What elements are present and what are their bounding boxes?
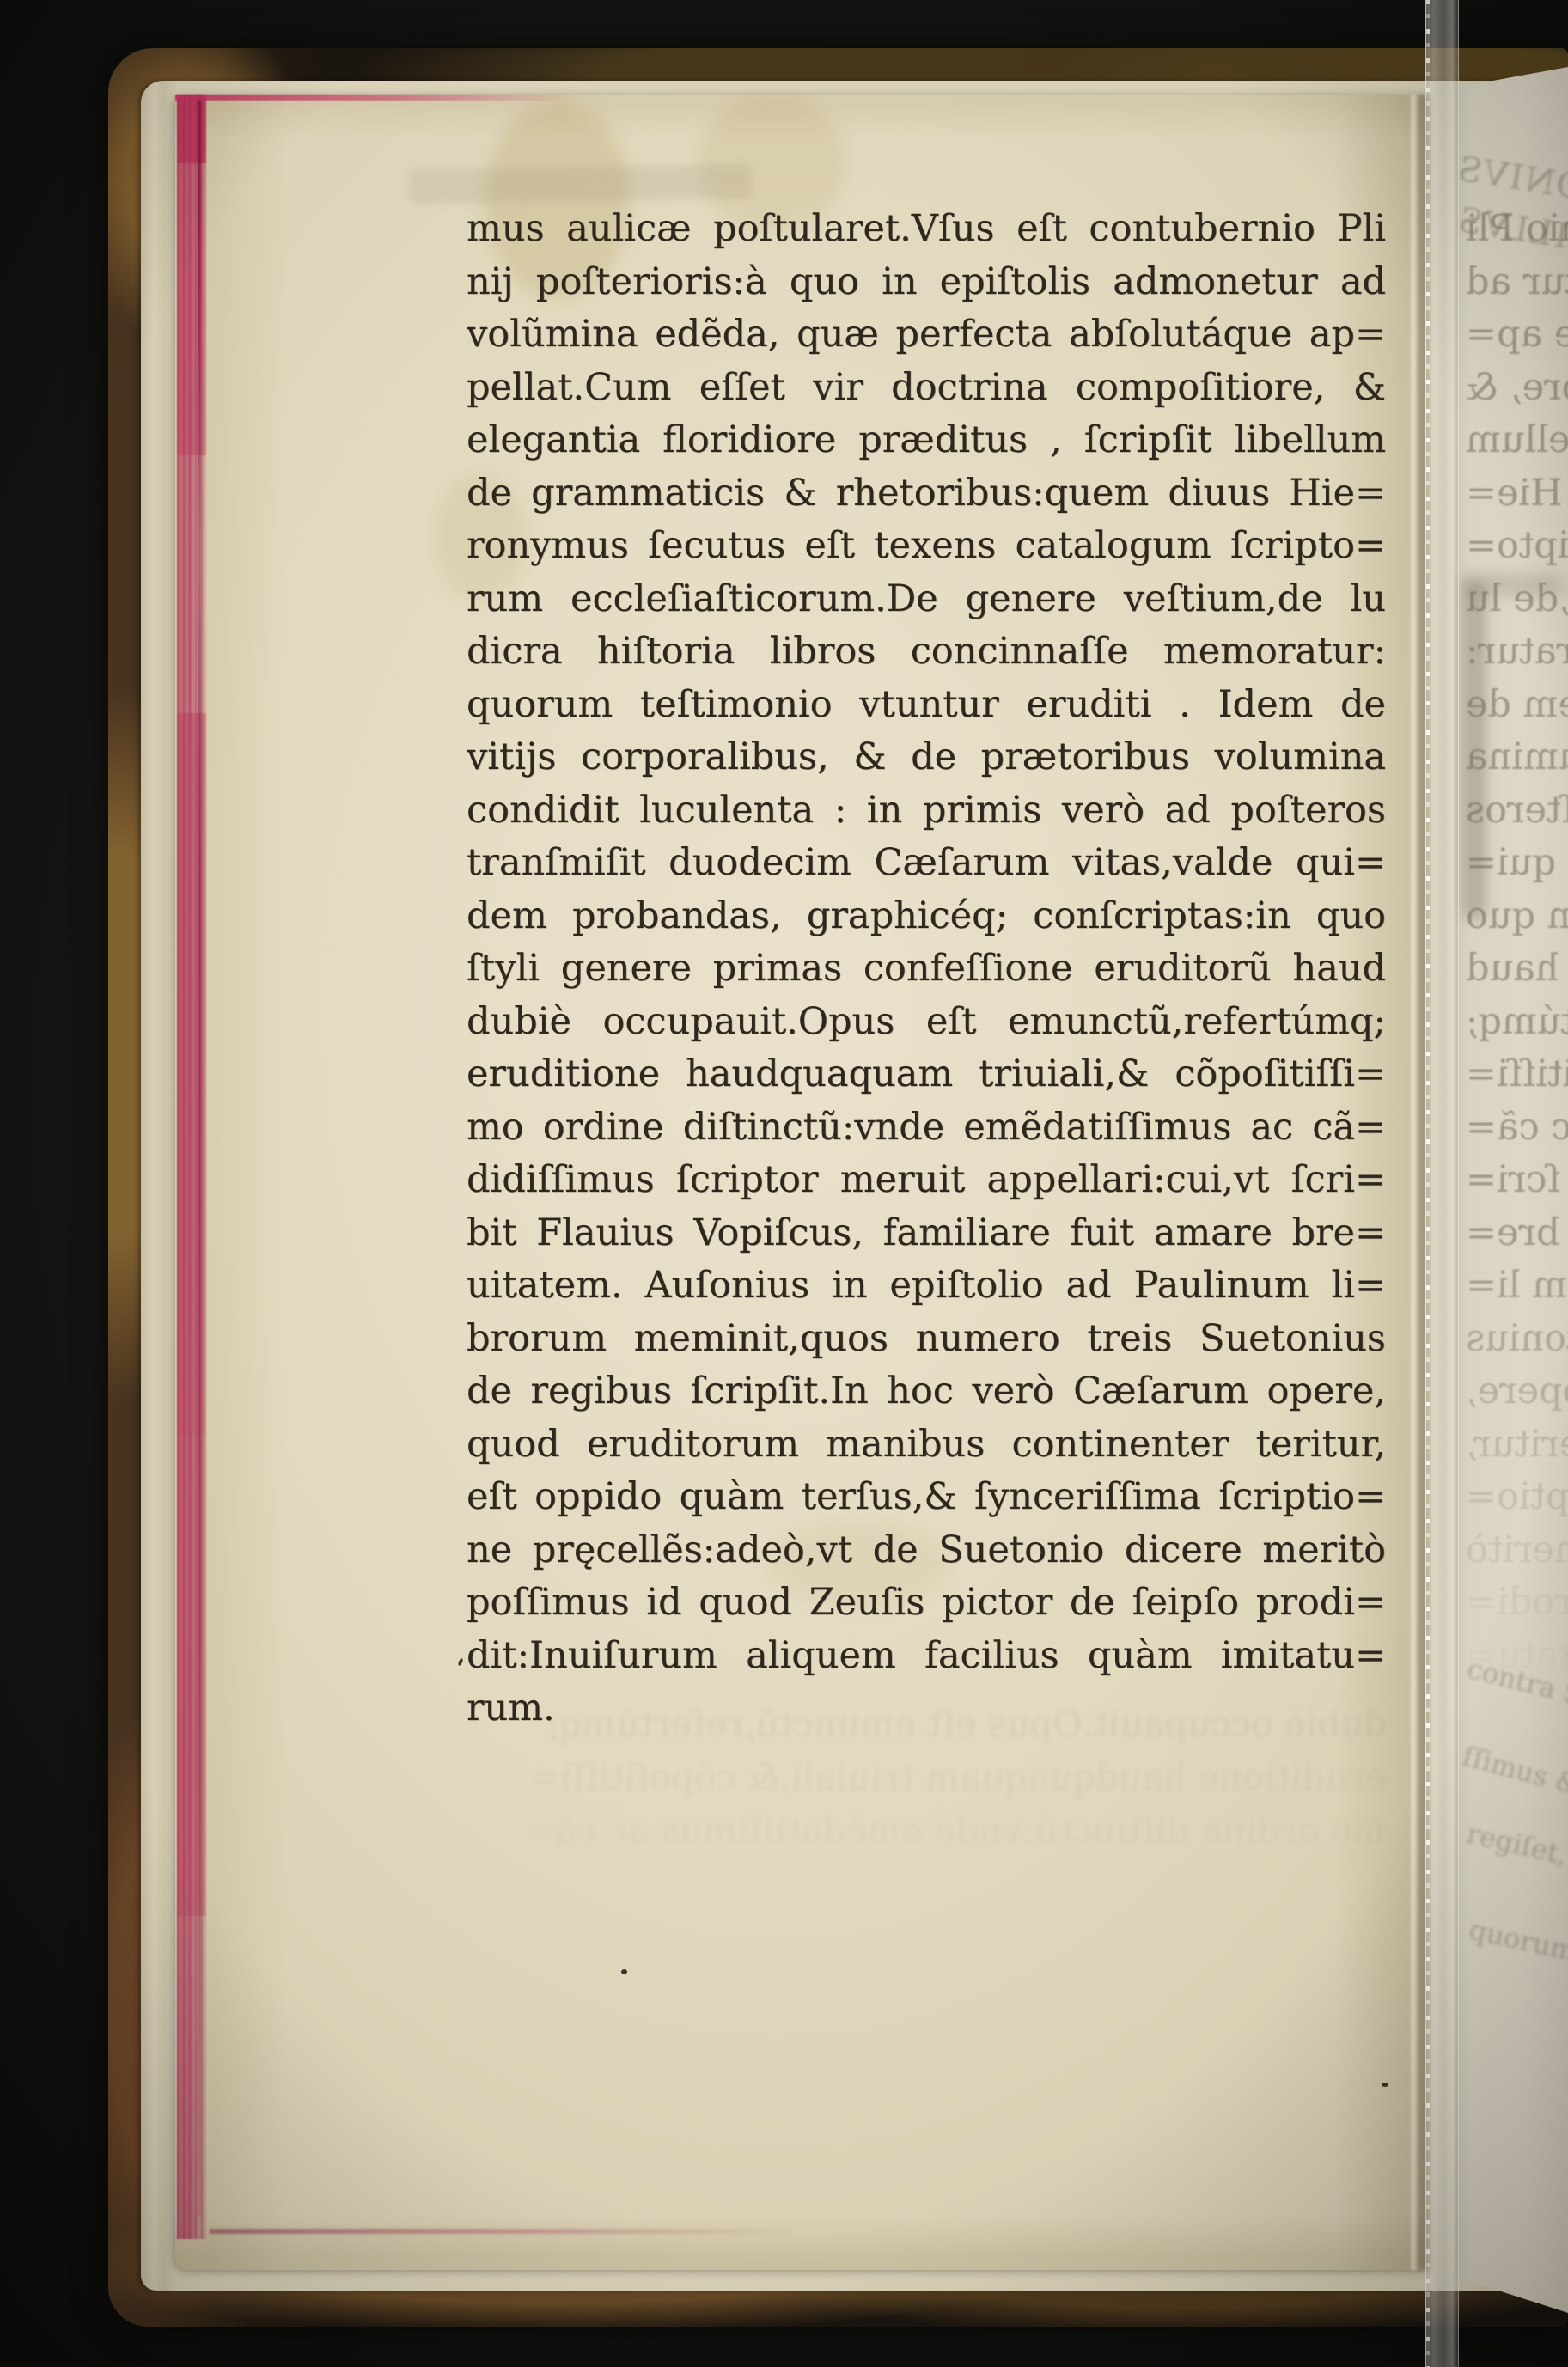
ghost-text-line: brorum meminit,quos numero treis Suetoni…: [1455, 1313, 1568, 1366]
ghost-text-line: de grammaticis & rhetoribus:quem diuus H…: [1455, 467, 1568, 521]
text-line: eſt oppido quàm terſus,& ſynceriſſima ſc…: [467, 1471, 1386, 1524]
glass-strip: [1425, 0, 1459, 2367]
book-page: mus aulicæ poſtularet.Vſus eſt contubern…: [175, 95, 1428, 2270]
ghost-text-line: rum eccleſiaſticorum.De genere veſtium,d…: [1455, 573, 1568, 626]
red-stained-bottom-edge: [210, 2229, 794, 2234]
text-line: elegantia floridiore præditus , ſcripſit…: [467, 414, 1386, 467]
text-line: de grammaticis & rhetoribus:quem diuus H…: [467, 467, 1386, 521]
text-line: bit Flauius Vopiſcus, familiare fuit ama…: [467, 1207, 1386, 1260]
text-line: quorum teſtimonio vtuntur eruditi . Idem…: [467, 679, 1386, 732]
text-line: poſſimus id quod Zeuſis pictor de ſeipſo…: [467, 1577, 1386, 1630]
ghost-text-line: elegantia floridiore præditus , ſcripſit…: [1455, 414, 1568, 467]
facing-page-sliver: SVETONIVS TRANQVILLVS mus aulicæ poſtula…: [1455, 65, 1568, 2316]
ink-speck: [457, 1658, 463, 1667]
ghost-heading: SVETONIVS: [1455, 167, 1568, 206]
text-line: brorum meminit,quos numero treis Suetoni…: [467, 1313, 1386, 1366]
text-line: ſtyli genere primas confeſſione eruditor…: [467, 943, 1386, 996]
text-line: didiſſimus ſcriptor meruit appellari:cui…: [467, 1154, 1386, 1207]
text-line: dem probandas, graphicéq; conſcriptas:in…: [467, 890, 1386, 943]
red-stained-edge: [177, 95, 206, 2239]
text-line: condidit luculenta : in primis verò ad p…: [467, 784, 1386, 838]
text-line: rum eccleſiaſticorum.De genere veſtium,d…: [467, 573, 1386, 626]
showthrough-text-line: dubiè occupauit.Opus eſt emunctũ,refertú…: [476, 1703, 1387, 1745]
ghost-text-line: mo ordine diſtinctũ:vnde emẽdatiſſimus a…: [1455, 1101, 1568, 1155]
text-line: volũmina edẽda, quæ perfecta abſolutáque…: [467, 308, 1386, 362]
text-line: dubiè occupauit.Opus eſt emunctũ,refertú…: [467, 996, 1386, 1049]
text-line: de regibus ſcripſit.In hoc verò Cæſarum …: [467, 1365, 1386, 1418]
text-line: nij poſterioris:à quo in epiſtolis admon…: [467, 256, 1386, 309]
ghost-text-line: quod eruditorum manibus continenter teri…: [1455, 1418, 1568, 1472]
ghost-text-line: volũmina edẽda, quæ perfecta abſolutáque…: [1455, 308, 1568, 362]
text-line: tranſmiſit duodecim Cæſarum vitas,valde …: [467, 837, 1386, 890]
ghost-text-line: nij poſterioris:à quo in epiſtolis admon…: [1455, 256, 1568, 309]
ghost-text-line: tranſmiſit duodecim Cæſarum vitas,valde …: [1455, 837, 1568, 890]
text-line: ronymus ſecutus eſt texens catalogum ſcr…: [467, 520, 1386, 573]
page-edge-crease: [1411, 95, 1417, 2270]
text-line: pellat.Cum eſſet vir doctrina compoſitio…: [467, 362, 1386, 415]
ghost-text-line: quorum teſtimonio vtuntur eruditi . Idem…: [1455, 679, 1568, 732]
ghost-text-line: condidit luculenta : in primis verò ad p…: [1455, 784, 1568, 838]
ghost-text-line: ronymus ſecutus eſt texens catalogum ſcr…: [1455, 520, 1568, 573]
text-line: ne pręcellẽs:adeò,vt de Suetonio dicere …: [467, 1524, 1386, 1577]
ghost-text-line: poſſimus id quod Zeuſis pictor de ſeipſo…: [1455, 1577, 1568, 1630]
text-line: dicra hiſtoria libros concinnaſſe memora…: [467, 625, 1386, 679]
ghost-text-line: dubiè occupauit.Opus eſt emunctũ,refertú…: [1455, 996, 1568, 1049]
text-line: mo ordine diſtinctũ:vnde emẽdatiſſimus a…: [467, 1101, 1386, 1155]
red-stained-top-edge: [175, 95, 579, 101]
ghost-text-column: SVETONIVS TRANQVILLVS mus aulicæ poſtula…: [1455, 65, 1568, 2316]
ghost-text-line: de regibus ſcripſit.In hoc verò Cæſarum …: [1455, 1365, 1568, 1418]
ghost-text-line: ſtyli genere primas confeſſione eruditor…: [1455, 943, 1568, 996]
ghost-text-line: dicra hiſtoria libros concinnaſſe memora…: [1455, 625, 1568, 679]
ghost-text-line: didiſſimus ſcriptor meruit appellari:cui…: [1455, 1154, 1568, 1207]
showthrough-text-line: eruditione haudquaquam triuiali,& cõpoſi…: [476, 1756, 1387, 1798]
ink-speck: [1382, 2083, 1388, 2087]
ghost-text-line: pellat.Cum eſſet vir doctrina compoſitio…: [1455, 362, 1568, 415]
text-line: quod eruditorum manibus continenter teri…: [467, 1418, 1386, 1472]
ghost-text-line: mus aulicæ poſtularet.Vſus eſt contubern…: [1455, 203, 1568, 256]
ghost-text-line: ne pręcellẽs:adeò,vt de Suetonio dicere …: [1455, 1524, 1568, 1577]
book-photograph: mus aulicæ poſtularet.Vſus eſt contubern…: [0, 0, 1568, 2367]
ghost-text-line: uitatem. Auſonius in epiſtolio ad Paulin…: [1455, 1260, 1568, 1313]
ghost-text-line: bit Flauius Vopiſcus, familiare fuit ama…: [1455, 1207, 1568, 1260]
ink-speck: [621, 1969, 627, 1974]
text-line: eruditione haudquaquam triuiali,& cõpoſi…: [467, 1048, 1386, 1101]
showthrough-text-line: mo ordine diſtinctũ:vnde emẽdatiſſimus a…: [476, 1809, 1387, 1852]
ghost-text-line: eruditione haudquaquam triuiali,& cõpoſi…: [1455, 1048, 1568, 1101]
text-line: vitijs corporalibus, & de prætoribus vol…: [467, 731, 1386, 784]
printed-latin-text: mus aulicæ poſtularet.Vſus eſt contubern…: [467, 203, 1386, 1736]
glass-edge-highlight: [1426, 0, 1430, 2367]
ghost-text-line: dem probandas, graphicéq; conſcriptas:in…: [1455, 890, 1568, 943]
red-stained-edge-core: [198, 95, 201, 2217]
ghost-text-line: vitijs corporalibus, & de prætoribus vol…: [1455, 731, 1568, 784]
ghost-text-line: eſt oppido quàm terſus,& ſynceriſſima ſc…: [1455, 1471, 1568, 1524]
text-line: uitatem. Auſonius in epiſtolio ad Paulin…: [467, 1260, 1386, 1313]
text-line: dit:Inuiſurum aliquem facilius quàm imit…: [467, 1630, 1386, 1683]
text-line: mus aulicæ poſtularet.Vſus eſt contubern…: [467, 203, 1386, 256]
